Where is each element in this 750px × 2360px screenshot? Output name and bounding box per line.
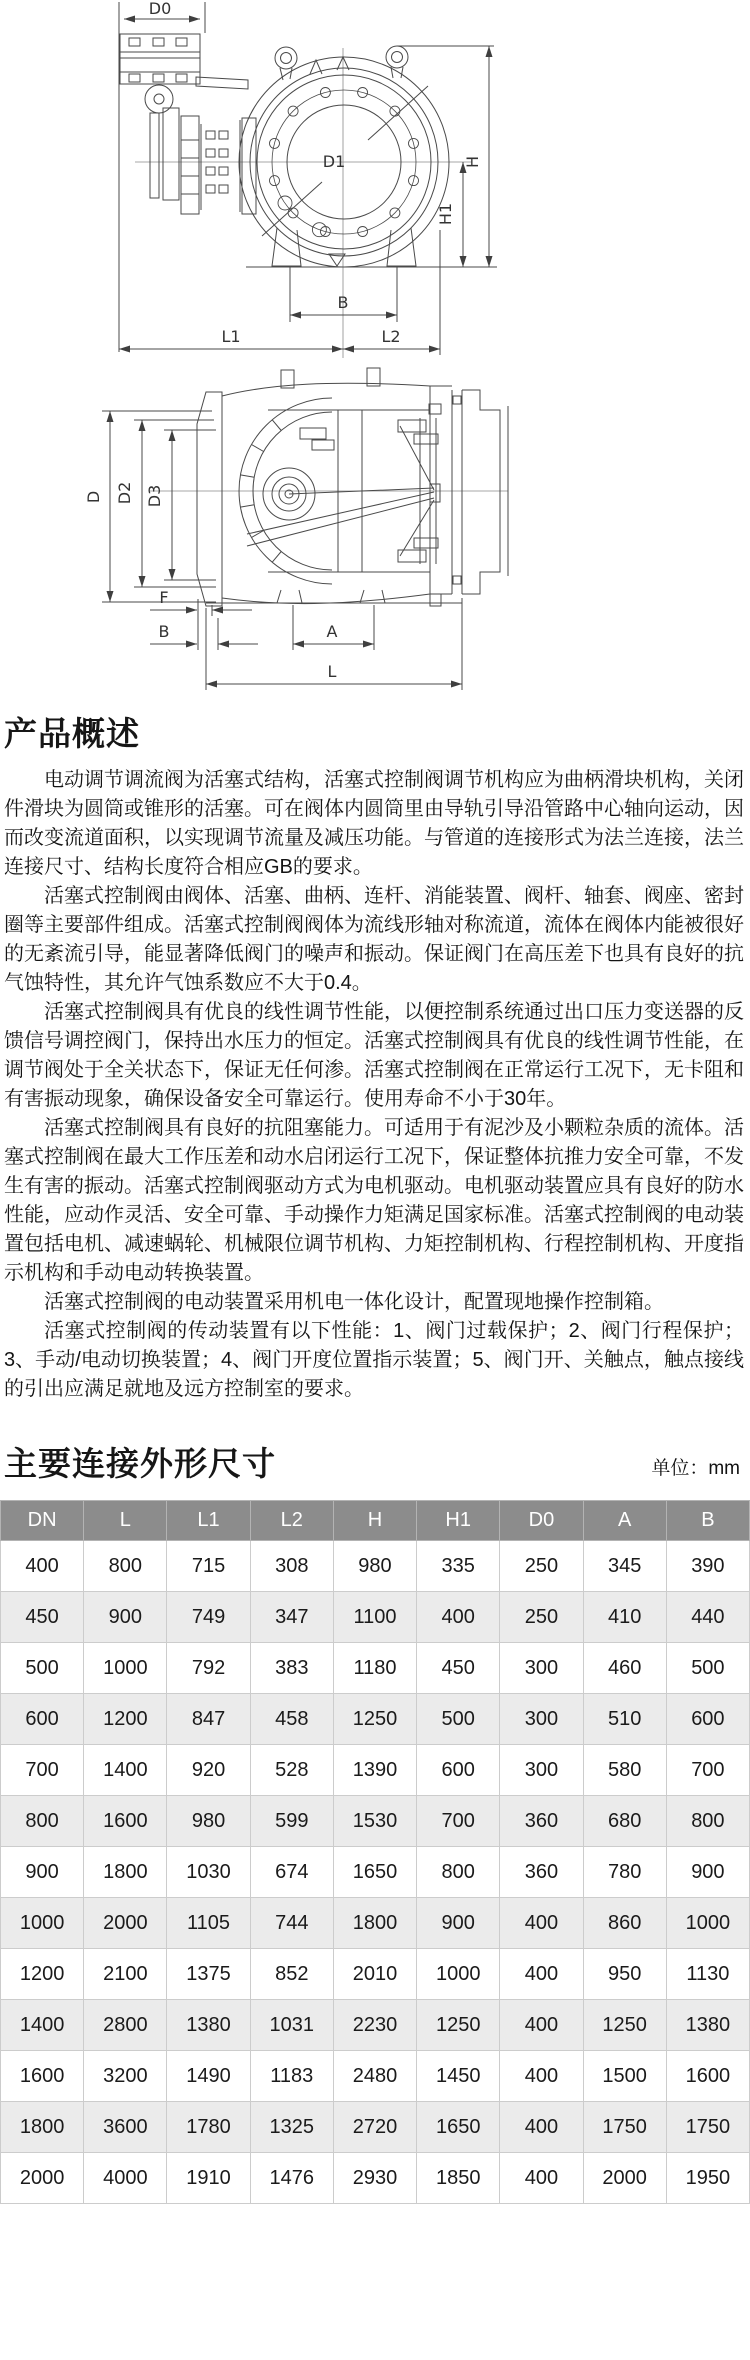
dimension-cell: 700 xyxy=(666,1745,749,1796)
dimension-cell: 347 xyxy=(250,1592,333,1643)
column-header: D0 xyxy=(500,1501,583,1541)
dimension-cell: 250 xyxy=(500,1541,583,1592)
dimension-cell: 1000 xyxy=(1,1898,84,1949)
table-row: 50010007923831180450300460500 xyxy=(1,1643,750,1694)
overview-paragraph: 电动调节调流阀为活塞式结构，活塞式控制阀调节机构应为曲柄滑块机构，关闭件滑块为圆… xyxy=(4,766,744,882)
dimension-cell: 847 xyxy=(167,1694,250,1745)
dimension-cell: 3600 xyxy=(84,2102,167,2153)
table-row: 400800715308980335250345390 xyxy=(1,1541,750,1592)
dimension-cell: 1780 xyxy=(167,2102,250,2153)
dimension-cell: 360 xyxy=(500,1796,583,1847)
dimension-cell: 1800 xyxy=(333,1898,416,1949)
column-header: A xyxy=(583,1501,666,1541)
overview-paragraph: 活塞式控制阀具有优良的线性调节性能，以便控制系统通过出口压力变送器的反馈信号调控… xyxy=(4,998,744,1114)
dim-label-f: F xyxy=(159,588,168,607)
dimension-cell: 3200 xyxy=(84,2051,167,2102)
table-row: 4509007493471100400250410440 xyxy=(1,1592,750,1643)
dimensions-table-head: DNLL1L2HH1D0AB xyxy=(1,1501,750,1541)
dimension-cell: 2480 xyxy=(333,2051,416,2102)
dimension-cell: 700 xyxy=(1,1745,84,1796)
dimension-cell: 1490 xyxy=(167,2051,250,2102)
dimension-cell: 1250 xyxy=(417,2000,500,2051)
dimension-cell: 300 xyxy=(500,1643,583,1694)
table-row: 16003200149011832480145040015001600 xyxy=(1,2051,750,2102)
column-header: DN xyxy=(1,1501,84,1541)
dimension-cell: 1031 xyxy=(250,2000,333,2051)
dimension-cell: 1500 xyxy=(583,2051,666,2102)
dimension-cell: 2230 xyxy=(333,2000,416,2051)
dimension-cell: 2930 xyxy=(333,2153,416,2204)
page: D0 D1 H H1 B L1 L2 xyxy=(0,0,750,2204)
dimension-cell: 1250 xyxy=(583,2000,666,2051)
dimension-cell: 600 xyxy=(666,1694,749,1745)
dimension-cell: 500 xyxy=(666,1643,749,1694)
dimension-cell: 852 xyxy=(250,1949,333,2000)
dimension-cell: 458 xyxy=(250,1694,333,1745)
dimension-cell: 440 xyxy=(666,1592,749,1643)
unit-label: 单位：mm xyxy=(651,1453,740,1484)
dimension-cell: 1600 xyxy=(1,2051,84,2102)
dimension-cell: 2010 xyxy=(333,1949,416,2000)
dimension-cell: 2000 xyxy=(1,2153,84,2204)
dimensions-header-row: 主要连接外形尺寸 单位：mm xyxy=(0,1444,750,1484)
table-row: 18003600178013252720165040017501750 xyxy=(1,2102,750,2153)
dimension-cell: 300 xyxy=(500,1745,583,1796)
dimension-cell: 2000 xyxy=(583,2153,666,2204)
dimension-cell: 1130 xyxy=(666,1949,749,2000)
dim-label-l1: L1 xyxy=(221,327,240,346)
dimension-cell: 800 xyxy=(1,1796,84,1847)
dimension-cell: 360 xyxy=(500,1847,583,1898)
dimension-cell: 400 xyxy=(500,1949,583,2000)
dimension-cell: 1450 xyxy=(417,2051,500,2102)
dimension-cell: 600 xyxy=(1,1694,84,1745)
dim-label-d2: D2 xyxy=(115,482,134,505)
table-row: 20004000191014762930185040020001950 xyxy=(1,2153,750,2204)
dimension-cell: 920 xyxy=(167,1745,250,1796)
dimension-cell: 2000 xyxy=(84,1898,167,1949)
dimension-cell: 680 xyxy=(583,1796,666,1847)
dimension-cell: 300 xyxy=(500,1694,583,1745)
dimension-cell: 1183 xyxy=(250,2051,333,2102)
dimension-cell: 1380 xyxy=(666,2000,749,2051)
dimension-cell: 1375 xyxy=(167,1949,250,2000)
column-header: L2 xyxy=(250,1501,333,1541)
dimension-cell: 335 xyxy=(417,1541,500,1592)
dimension-cell: 1380 xyxy=(167,2000,250,2051)
side-view-drawing: D D2 D3 F B A L xyxy=(0,366,750,696)
dimension-cell: 800 xyxy=(84,1541,167,1592)
front-view-drawing: D0 D1 H H1 B L1 L2 xyxy=(0,0,750,362)
header-row: DNLL1L2HH1D0AB xyxy=(1,1501,750,1541)
dimension-cell: 410 xyxy=(583,1592,666,1643)
dimension-cell: 580 xyxy=(583,1745,666,1796)
dimension-cell: 1800 xyxy=(1,2102,84,2153)
overview-paragraph: 活塞式控制阀由阀体、活塞、曲柄、连杆、消能装置、阀杆、轴套、阀座、密封圈等主要部… xyxy=(4,882,744,998)
dimension-cell: 2720 xyxy=(333,2102,416,2153)
dimension-cell: 1600 xyxy=(666,2051,749,2102)
front-view-linework xyxy=(119,2,497,358)
dimension-cell: 1180 xyxy=(333,1643,416,1694)
dimension-cell: 400 xyxy=(1,1541,84,1592)
dimensions-title: 主要连接外形尺寸 xyxy=(4,1444,276,1484)
dimension-cell: 700 xyxy=(417,1796,500,1847)
dimension-cell: 792 xyxy=(167,1643,250,1694)
dim-label-l2: L2 xyxy=(381,327,400,346)
dim-label-d0: D0 xyxy=(149,0,172,18)
table-row: 70014009205281390600300580700 xyxy=(1,1745,750,1796)
dimension-cell: 980 xyxy=(167,1796,250,1847)
dimension-cell: 715 xyxy=(167,1541,250,1592)
dimension-cell: 1000 xyxy=(84,1643,167,1694)
dimension-cell: 500 xyxy=(1,1643,84,1694)
dim-label-d3: D3 xyxy=(145,485,164,508)
column-header: L1 xyxy=(167,1501,250,1541)
dimension-cell: 1200 xyxy=(1,1949,84,2000)
dimension-cell: 250 xyxy=(500,1592,583,1643)
dimension-cell: 900 xyxy=(84,1592,167,1643)
table-row: 14002800138010312230125040012501380 xyxy=(1,2000,750,2051)
column-header: B xyxy=(666,1501,749,1541)
dimension-cell: 390 xyxy=(666,1541,749,1592)
dimension-cell: 400 xyxy=(500,2102,583,2153)
dimension-cell: 460 xyxy=(583,1643,666,1694)
dimension-cell: 800 xyxy=(417,1847,500,1898)
dim-label-h1: H1 xyxy=(436,203,455,225)
dimension-cell: 400 xyxy=(417,1592,500,1643)
dimension-cell: 400 xyxy=(500,2000,583,2051)
dimension-cell: 599 xyxy=(250,1796,333,1847)
dimension-cell: 500 xyxy=(417,1694,500,1745)
dim-label-b-side: B xyxy=(159,622,170,641)
dimension-cell: 780 xyxy=(583,1847,666,1898)
dimension-cell: 2100 xyxy=(84,1949,167,2000)
dimension-cell: 600 xyxy=(417,1745,500,1796)
dim-label-d1: D1 xyxy=(323,152,346,171)
dimension-cell: 1250 xyxy=(333,1694,416,1745)
dimension-cell: 1200 xyxy=(84,1694,167,1745)
dimension-cell: 1390 xyxy=(333,1745,416,1796)
dim-label-l: L xyxy=(328,662,337,681)
dimension-cell: 900 xyxy=(1,1847,84,1898)
dimension-cell: 383 xyxy=(250,1643,333,1694)
side-view-linework xyxy=(102,368,508,690)
dimension-cell: 860 xyxy=(583,1898,666,1949)
dimension-cell: 1750 xyxy=(666,2102,749,2153)
dimension-cell: 674 xyxy=(250,1847,333,1898)
dimension-cell: 400 xyxy=(500,2153,583,2204)
dimension-cell: 1105 xyxy=(167,1898,250,1949)
dimension-cell: 1400 xyxy=(1,2000,84,2051)
column-header: H xyxy=(333,1501,416,1541)
dimension-cell: 900 xyxy=(417,1898,500,1949)
dimension-cell: 400 xyxy=(500,2051,583,2102)
product-overview-section: 产品概述 电动调节调流阀为活塞式结构，活塞式控制阀调节机构应为曲柄滑块机构，关闭… xyxy=(0,714,750,1404)
table-row: 120021001375852201010004009501130 xyxy=(1,1949,750,2000)
dimension-cell: 1600 xyxy=(84,1796,167,1847)
overview-paragraph: 活塞式控制阀的传动装置有以下性能：1、阀门过载保护；2、阀门行程保护；3、手动/… xyxy=(4,1317,744,1404)
dimension-cell: 308 xyxy=(250,1541,333,1592)
dim-label-a: A xyxy=(327,622,338,641)
dim-label-d: D xyxy=(84,491,103,503)
dimension-cell: 345 xyxy=(583,1541,666,1592)
table-row: 10002000110574418009004008601000 xyxy=(1,1898,750,1949)
dimension-cell: 744 xyxy=(250,1898,333,1949)
dimension-cell: 950 xyxy=(583,1949,666,2000)
table-row: 60012008474581250500300510600 xyxy=(1,1694,750,1745)
dim-label-h: H xyxy=(463,156,482,168)
dimension-cell: 1030 xyxy=(167,1847,250,1898)
dimension-cell: 1910 xyxy=(167,2153,250,2204)
dimension-cell: 1000 xyxy=(417,1949,500,2000)
dimension-cell: 1950 xyxy=(666,2153,749,2204)
overview-paragraph: 活塞式控制阀的电动装置采用机电一体化设计，配置现地操作控制箱。 xyxy=(4,1288,744,1317)
dimension-cell: 4000 xyxy=(84,2153,167,2204)
dimension-cell: 1850 xyxy=(417,2153,500,2204)
column-header: H1 xyxy=(417,1501,500,1541)
dimension-cell: 2800 xyxy=(84,2000,167,2051)
dimension-cell: 980 xyxy=(333,1541,416,1592)
dimension-cell: 528 xyxy=(250,1745,333,1796)
dimension-cell: 1100 xyxy=(333,1592,416,1643)
table-row: 80016009805991530700360680800 xyxy=(1,1796,750,1847)
dimension-cell: 900 xyxy=(666,1847,749,1898)
dimension-cell: 1650 xyxy=(333,1847,416,1898)
dimension-cell: 1325 xyxy=(250,2102,333,2153)
dimension-cell: 1000 xyxy=(666,1898,749,1949)
dimension-cell: 450 xyxy=(1,1592,84,1643)
dimension-cell: 1476 xyxy=(250,2153,333,2204)
dimensions-table: DNLL1L2HH1D0AB 4008007153089803352503453… xyxy=(0,1500,750,2204)
dimensions-section: 主要连接外形尺寸 单位：mm DNLL1L2HH1D0AB 4008007153… xyxy=(0,1444,750,2204)
dimension-cell: 1530 xyxy=(333,1796,416,1847)
dimension-cell: 510 xyxy=(583,1694,666,1745)
overview-title: 产品概述 xyxy=(4,714,744,754)
dimension-cell: 1400 xyxy=(84,1745,167,1796)
dimensions-table-body: 4008007153089803352503453904509007493471… xyxy=(1,1541,750,2204)
table-row: 900180010306741650800360780900 xyxy=(1,1847,750,1898)
dimension-cell: 1750 xyxy=(583,2102,666,2153)
dimension-cell: 400 xyxy=(500,1898,583,1949)
dimension-cell: 800 xyxy=(666,1796,749,1847)
dimension-cell: 1800 xyxy=(84,1847,167,1898)
technical-drawings: D0 D1 H H1 B L1 L2 xyxy=(0,0,750,696)
dimension-cell: 1650 xyxy=(417,2102,500,2153)
column-header: L xyxy=(84,1501,167,1541)
dimension-cell: 450 xyxy=(417,1643,500,1694)
dim-label-b-front: B xyxy=(338,293,349,312)
overview-paragraph: 活塞式控制阀具有良好的抗阻塞能力。可适用于有泥沙及小颗粒杂质的流体。活塞式控制阀… xyxy=(4,1114,744,1288)
dimension-cell: 749 xyxy=(167,1592,250,1643)
